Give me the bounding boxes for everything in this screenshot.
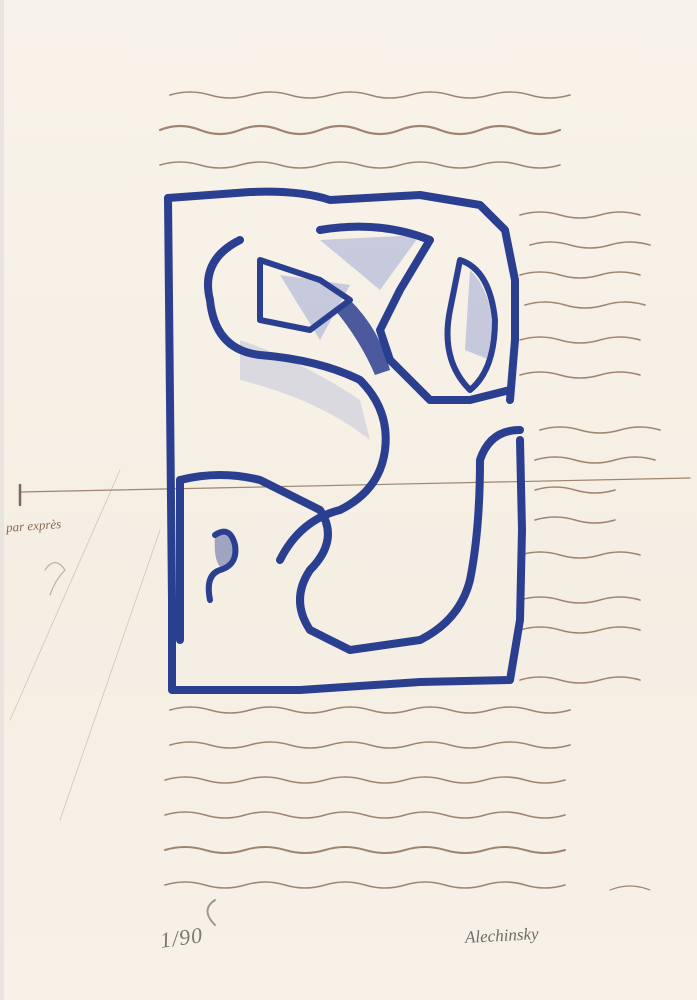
artwork-sheet: par exprès 1/90 Alechinsky	[0, 0, 697, 1000]
manuscript-drawing	[0, 0, 697, 1000]
artist-signature: Alechinsky	[465, 924, 540, 948]
blue-ink-figure	[168, 192, 522, 690]
